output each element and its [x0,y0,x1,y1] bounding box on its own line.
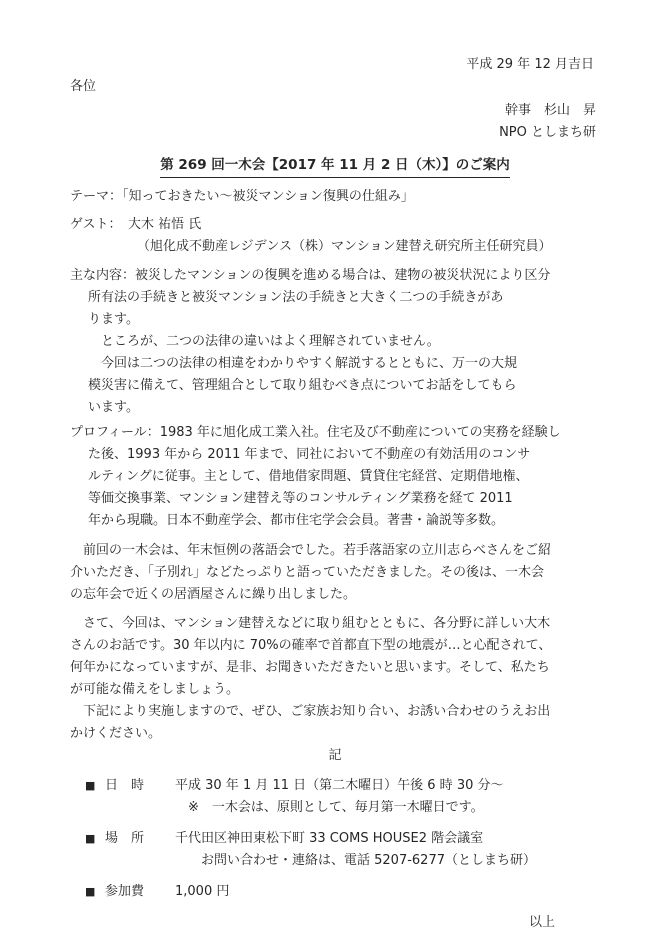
guest-label: ゲスト： [70,217,128,232]
item-label-fee: 参加費 [105,881,155,903]
title-row: 第 269 回一木会【2017 年 11 月 2 日（木）】のご案内 [70,154,600,178]
sender-org: NPO としまち研 [70,122,596,144]
item-text-fee: 1,000 円 [175,881,600,903]
sender-name: 幹事 杉山 昇 [70,100,596,122]
item-label-datetime: 日 時 [105,775,155,819]
square-bullet-icon: ■ [85,775,105,819]
theme-section: テーマ：「知っておきたい～被災マンション復興の仕組み」 [70,186,600,208]
main-content-section: 主な内容：被災したマンションの復興を進める場合は、建物の被災状況により区分 所有… [70,265,600,419]
list-item-datetime: ■ 日 時 平成 30 年 1 月 11 日（第二木曜日）午後 6 時 30 分… [70,775,600,819]
details-list: ■ 日 時 平成 30 年 1 月 11 日（第二木曜日）午後 6 時 30 分… [70,775,600,903]
list-item-place: ■ 場 所 千代田区神田東松下町 33 COMS HOUSE2 階会議室 お問い… [70,828,600,872]
item-text-datetime: 平成 30 年 1 月 11 日（第二木曜日）午後 6 時 30 分～ ※ 一木… [175,775,600,819]
item-text-place: 千代田区神田東松下町 33 COMS HOUSE2 階会議室 お問い合わせ・連絡… [175,828,600,872]
profile-section: プロフィール：1983 年に旭化成工業入社。住宅及び不動産についての実務を経験し… [70,422,600,532]
main-content-label: 主な内容： [70,268,135,283]
theme-text: 「知っておきたい～被災マンション復興の仕組み」 [122,189,414,204]
page-title: 第 269 回一木会【2017 年 11 月 2 日（木）】のご案内 [160,154,510,178]
addressee: 各位 [70,76,600,98]
paragraph-previous-meeting: 前回の一木会は、年末恒例の落語会でした。若手落語家の立川志らべさんをご紹 介いた… [70,540,600,606]
theme-label: テーマ： [70,189,122,204]
paragraph-invitation: さて、今回は、マンション建替えなどに取り組むとともに、各分野に詳しい大木 さんの… [70,613,600,745]
profile-text: 1983 年に旭化成工業入社。住宅及び不動産についての実務を経験し た後、199… [88,425,561,528]
item-label-place: 場 所 [105,828,155,872]
square-bullet-icon: ■ [85,881,105,903]
document-page: 平成 29 年 12 月吉日 各位 幹事 杉山 昇 NPO としまち研 第 26… [0,0,670,948]
list-item-fee: ■ 参加費 1,000 円 [70,881,600,903]
square-bullet-icon: ■ [85,828,105,872]
date-line: 平成 29 年 12 月吉日 [70,54,600,76]
record-marker: 記 [70,745,600,767]
sender-block: 幹事 杉山 昇 NPO としまち研 [70,100,600,144]
closing-mark: 以上 [70,912,600,934]
main-content-text: 被災したマンションの復興を進める場合は、建物の被災状況により区分 所有法の手続き… [88,268,550,415]
profile-label: プロフィール： [70,425,160,440]
guest-section: ゲスト： 大木 祐悟 氏 （旭化成不動産レジデンス（株）マンション建替え研究所主… [70,214,600,258]
guest-text: 大木 祐悟 氏 （旭化成不動産レジデンス（株）マンション建替え研究所主任研究員） [128,217,551,254]
